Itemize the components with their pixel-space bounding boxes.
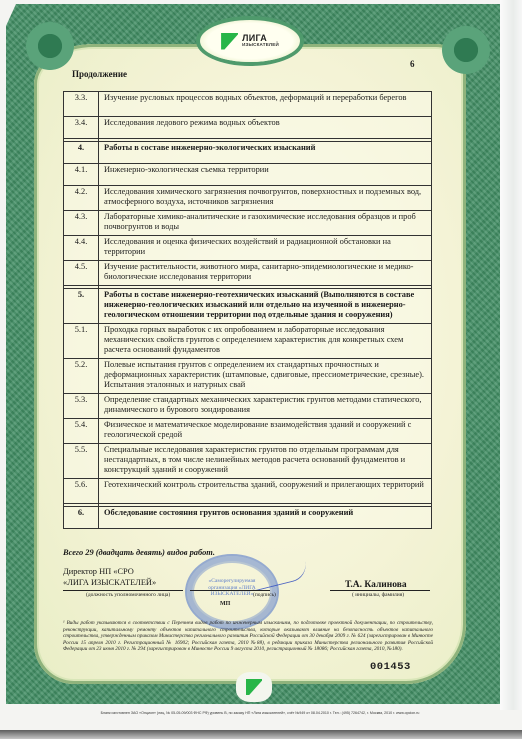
row-number: 4. bbox=[64, 142, 99, 164]
row-description: Физическое и математическое моделировани… bbox=[99, 419, 432, 444]
row-number: 4.5. bbox=[64, 261, 99, 286]
row-description: Исследования химического загрязнения поч… bbox=[99, 186, 432, 211]
row-number: 5.2. bbox=[64, 359, 99, 394]
name-underline bbox=[330, 590, 430, 591]
seal-label: МП bbox=[220, 601, 230, 607]
table-row: 5.5.Специальные исследования характерист… bbox=[64, 444, 432, 479]
row-number: 4.4. bbox=[64, 236, 99, 261]
table-section-row: 5.Работы в составе инженерно-геотехничес… bbox=[64, 289, 432, 324]
row-description: Исследования ледового режима водных объе… bbox=[99, 117, 432, 139]
row-number: 5.3. bbox=[64, 394, 99, 419]
row-number: 5. bbox=[64, 289, 99, 324]
signatory-position: Директор НП «СРО «ЛИГА ИЗЫСКАТЕЛЕЙ» bbox=[63, 566, 156, 588]
row-number: 4.3. bbox=[64, 211, 99, 236]
row-description: Специальные исследования характеристик г… bbox=[99, 444, 432, 479]
signature-underline bbox=[190, 590, 270, 591]
header-logo: ЛИГА ИЗЫСКАТЕЛЕЙ bbox=[200, 20, 300, 62]
table-row: 4.3.Лабораторные химико-аналитические и … bbox=[64, 211, 432, 236]
row-number: 5.1. bbox=[64, 324, 99, 359]
row-number: 4.2. bbox=[64, 186, 99, 211]
table-row: 3.3.Изучение русловых процессов водных о… bbox=[64, 92, 432, 117]
row-number: 5.5. bbox=[64, 444, 99, 479]
footnote: ¹ Виды работ указываются в соответствии … bbox=[63, 620, 433, 653]
table-row: 4.4.Исследования и оценка физических воз… bbox=[64, 236, 432, 261]
row-description: Проходка горных выработок с их опробован… bbox=[99, 324, 432, 359]
position-line2: «ЛИГА ИЗЫСКАТЕЛЕЙ» bbox=[63, 577, 156, 588]
corner-rosette-icon bbox=[438, 22, 494, 78]
row-number: 6. bbox=[64, 507, 99, 529]
corner-rosette-icon bbox=[22, 18, 78, 74]
row-description: Определение стандартных механических хар… bbox=[99, 394, 432, 419]
row-description: Исследования и оценка физических воздейс… bbox=[99, 236, 432, 261]
name-caption: ( инициалы, фамилия) bbox=[352, 592, 404, 598]
logo-line2: ИЗЫСКАТЕЛЕЙ bbox=[242, 43, 279, 48]
works-table: 3.3.Изучение русловых процессов водных о… bbox=[63, 91, 432, 529]
liga-logo-icon bbox=[221, 33, 238, 50]
liga-logo-icon bbox=[246, 679, 262, 695]
page-number: 6 bbox=[410, 59, 415, 69]
table-row: 3.4.Исследования ледового режима водных … bbox=[64, 117, 432, 139]
row-number: 3.4. bbox=[64, 117, 99, 139]
table-row: 5.3.Определение стандартных механических… bbox=[64, 394, 432, 419]
table-row: 5.1.Проходка горных выработок с их опроб… bbox=[64, 324, 432, 359]
row-number: 5.6. bbox=[64, 479, 99, 504]
row-description: Геотехнический контроль строительства зд… bbox=[99, 479, 432, 504]
row-description: Изучение русловых процессов водных объек… bbox=[99, 92, 432, 117]
row-number: 3.3. bbox=[64, 92, 99, 117]
row-number: 5.4. bbox=[64, 419, 99, 444]
continuation-heading: Продолжение bbox=[72, 69, 127, 79]
position-underline bbox=[63, 590, 183, 591]
scan-edge bbox=[0, 730, 522, 739]
total-works: Всего 29 (двадцать девять) видов работ. bbox=[63, 548, 215, 557]
row-number: 4.1. bbox=[64, 164, 99, 186]
scan-margin bbox=[500, 0, 522, 710]
row-description: Обследование состояния грунтов основания… bbox=[99, 507, 432, 529]
row-description: Полевые испытания грунтов с определением… bbox=[99, 359, 432, 394]
table-row: 5.6.Геотехнический контроль строительств… bbox=[64, 479, 432, 504]
position-caption: (должность уполномоченного лица) bbox=[86, 592, 170, 598]
table-row: 4.5.Изучение растительности, животного м… bbox=[64, 261, 432, 286]
signatory-name: Т.А. Калинова bbox=[345, 580, 407, 590]
signature-caption: (подпись) bbox=[253, 592, 276, 598]
table-section-row: 6.Обследование состояния грунтов основан… bbox=[64, 507, 432, 529]
bottom-emblem bbox=[236, 672, 272, 702]
serial-number: 001453 bbox=[370, 661, 411, 673]
row-description: Работы в составе инженерно-геотехнически… bbox=[99, 289, 432, 324]
row-description: Изучение растительности, животного мира,… bbox=[99, 261, 432, 286]
row-description: Работы в составе инженерно-экологических… bbox=[99, 142, 432, 164]
printer-imprint: Бланк изготовлен ЗАО «Опцион» (лиц. № 05… bbox=[55, 711, 465, 715]
row-description: Инженерно-экологическая съемка территори… bbox=[99, 164, 432, 186]
row-description: Лабораторные химико-аналитические и газо… bbox=[99, 211, 432, 236]
table-row: 5.2.Полевые испытания грунтов с определе… bbox=[64, 359, 432, 394]
table-row: 4.2.Исследования химического загрязнения… bbox=[64, 186, 432, 211]
table-row: 5.4.Физическое и математическое моделиро… bbox=[64, 419, 432, 444]
table-section-row: 4.Работы в составе инженерно-экологическ… bbox=[64, 142, 432, 164]
position-line1: Директор НП «СРО bbox=[63, 566, 156, 577]
table-row: 4.1.Инженерно-экологическая съемка терри… bbox=[64, 164, 432, 186]
